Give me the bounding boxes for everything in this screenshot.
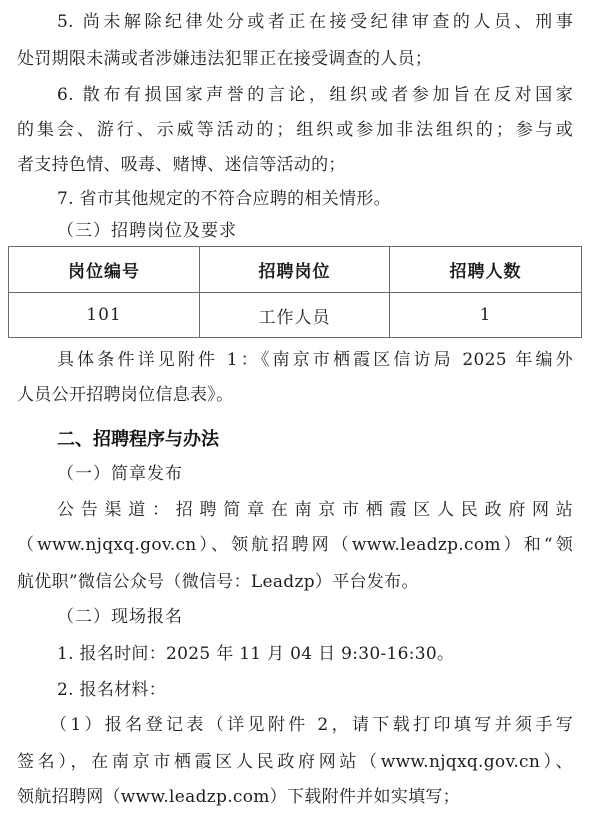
material-1-line-3: 领航招聘网（www.leadzp.com）下载附件并如实填写；	[17, 786, 573, 808]
subsection-1-title: （一）简章发布	[57, 463, 573, 485]
attachment-note-line-1: 具体条件详见附件 1：《南京市栖霞区信访局 2025 年编外	[57, 349, 573, 371]
paragraph-6-line-1: 6. 散布有损国家声誉的言论，组织或者参加旨在反对国家	[57, 84, 573, 106]
attachment-note-line-2: 人员公开招聘岗位信息表》。	[17, 384, 573, 406]
chapter-2-heading: 二、招聘程序与办法	[57, 428, 219, 452]
cell-position-code: 101	[9, 293, 200, 338]
registration-materials-label: 2. 报名材料：	[57, 679, 573, 701]
subsection-2-title: （二）现场报名	[57, 606, 573, 628]
registration-time: 1. 报名时间：2025 年 11 月 04 日 9:30-16:30。	[57, 643, 573, 665]
cell-position-name: 工作人员	[200, 293, 390, 338]
paragraph-5-line-2: 处罚期限未满或者涉嫌违法犯罪正在接受调查的人员；	[17, 48, 573, 70]
jobs-table: 岗位编号 招聘岗位 招聘人数 101 工作人员 1	[8, 246, 582, 338]
paragraph-7-line-1: 7. 省市其他规定的不符合应聘的相关情形。	[57, 188, 573, 210]
table-header-row: 岗位编号 招聘岗位 招聘人数	[9, 247, 582, 293]
header-headcount: 招聘人数	[390, 247, 582, 293]
material-1-line-1: （1）报名登记表（详见附件 2，请下载打印填写并须手写	[50, 714, 573, 736]
paragraph-6-line-3: 者支持色情、吸毒、赌博、迷信等活动的；	[17, 154, 573, 176]
paragraph-6-line-2: 的集会、游行、示威等活动的；组织或参加非法组织的；参与或	[17, 119, 573, 141]
header-position-name: 招聘岗位	[200, 247, 390, 293]
header-position-code: 岗位编号	[9, 247, 200, 293]
paragraph-5-line-1: 5. 尚未解除纪律处分或者正在接受纪律审查的人员、刑事	[57, 11, 573, 33]
section-3-title: （三）招聘岗位及要求	[57, 220, 573, 242]
subsection-1-line-3: 航优职”微信公众号（微信号：Leadzp）平台发布。	[17, 571, 573, 593]
subsection-1-line-1: 公告渠道：招聘简章在南京市栖霞区人民政府网站	[57, 499, 573, 521]
table-row: 101 工作人员 1	[9, 293, 582, 338]
subsection-1-line-2: （www.njqxq.gov.cn）、领航招聘网（www.leadzp.com）…	[17, 534, 573, 556]
cell-headcount: 1	[390, 293, 582, 338]
material-1-line-2: 签名），在南京市栖霞区人民政府网站（www.njqxq.gov.cn）、	[17, 751, 573, 773]
